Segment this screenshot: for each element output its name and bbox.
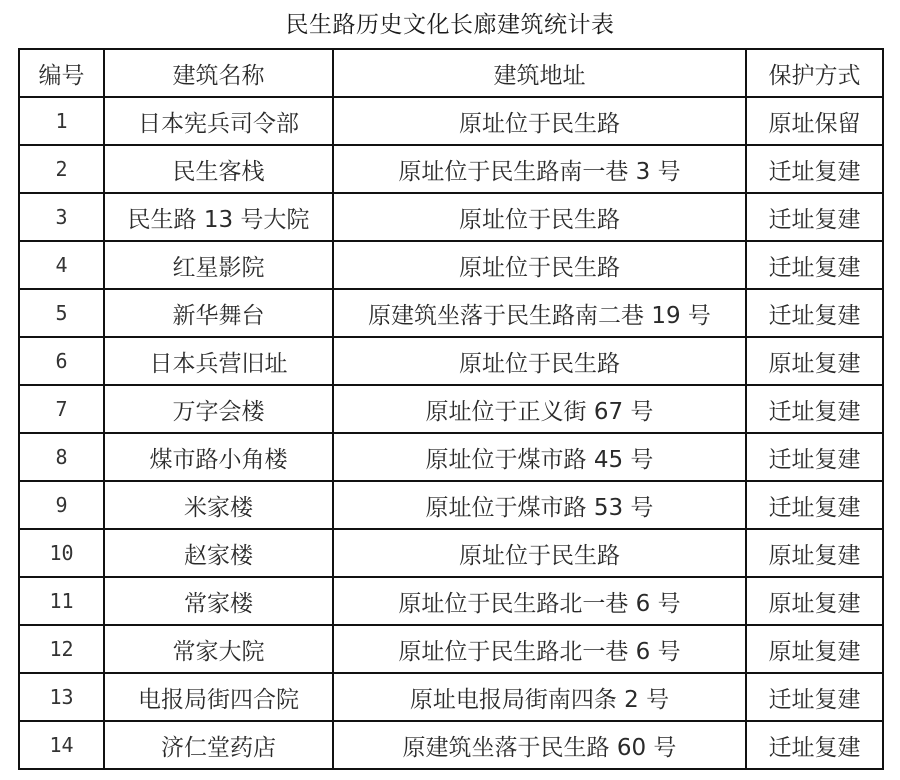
cell-building-address: 原址电报局街南四条 2 号	[333, 673, 746, 721]
cell-protection-method: 原址保留	[746, 97, 883, 145]
header-number: 编号	[19, 49, 104, 97]
cell-protection-method: 原址复建	[746, 529, 883, 577]
table-row: 12 常家大院 原址位于民生路北一巷 6 号 原址复建	[19, 625, 883, 673]
cell-number: 6	[19, 337, 104, 385]
table-row: 7 万字会楼 原址位于正义街 67 号 迁址复建	[19, 385, 883, 433]
cell-protection-method: 原址复建	[746, 625, 883, 673]
cell-building-address: 原址位于民生路	[333, 193, 746, 241]
header-protection-method: 保护方式	[746, 49, 883, 97]
cell-building-name: 煤市路小角楼	[104, 433, 333, 481]
header-row: 编号 建筑名称 建筑地址 保护方式	[19, 49, 883, 97]
table-row: 11 常家楼 原址位于民生路北一巷 6 号 原址复建	[19, 577, 883, 625]
table-row: 3 民生路 13 号大院 原址位于民生路 迁址复建	[19, 193, 883, 241]
table-row: 4 红星影院 原址位于民生路 迁址复建	[19, 241, 883, 289]
table-row: 14 济仁堂药店 原建筑坐落于民生路 60 号 迁址复建	[19, 721, 883, 769]
cell-building-name: 济仁堂药店	[104, 721, 333, 769]
cell-building-name: 常家大院	[104, 625, 333, 673]
cell-building-address: 原址位于民生路	[333, 241, 746, 289]
table-row: 8 煤市路小角楼 原址位于煤市路 45 号 迁址复建	[19, 433, 883, 481]
building-stats-table: 编号 建筑名称 建筑地址 保护方式 1 日本宪兵司令部 原址位于民生路 原址保留…	[18, 48, 884, 770]
cell-building-address: 原址位于民生路	[333, 337, 746, 385]
cell-building-address: 原址位于民生路南一巷 3 号	[333, 145, 746, 193]
cell-protection-method: 迁址复建	[746, 433, 883, 481]
cell-number: 1	[19, 97, 104, 145]
cell-protection-method: 迁址复建	[746, 145, 883, 193]
cell-building-address: 原址位于正义街 67 号	[333, 385, 746, 433]
cell-building-name: 日本兵营旧址	[104, 337, 333, 385]
cell-number: 13	[19, 673, 104, 721]
cell-number: 2	[19, 145, 104, 193]
cell-building-address: 原建筑坐落于民生路 60 号	[333, 721, 746, 769]
cell-building-address: 原址位于煤市路 53 号	[333, 481, 746, 529]
cell-building-name: 赵家楼	[104, 529, 333, 577]
cell-protection-method: 原址复建	[746, 577, 883, 625]
cell-number: 10	[19, 529, 104, 577]
cell-building-name: 常家楼	[104, 577, 333, 625]
cell-number: 5	[19, 289, 104, 337]
table-row: 13 电报局街四合院 原址电报局街南四条 2 号 迁址复建	[19, 673, 883, 721]
table-row: 5 新华舞台 原建筑坐落于民生路南二巷 19 号 迁址复建	[19, 289, 883, 337]
cell-protection-method: 迁址复建	[746, 481, 883, 529]
table-row: 2 民生客栈 原址位于民生路南一巷 3 号 迁址复建	[19, 145, 883, 193]
cell-building-name: 民生客栈	[104, 145, 333, 193]
cell-building-address: 原址位于民生路北一巷 6 号	[333, 577, 746, 625]
table-row: 1 日本宪兵司令部 原址位于民生路 原址保留	[19, 97, 883, 145]
cell-protection-method: 迁址复建	[746, 289, 883, 337]
cell-building-address: 原建筑坐落于民生路南二巷 19 号	[333, 289, 746, 337]
cell-building-address: 原址位于民生路	[333, 529, 746, 577]
cell-building-name: 民生路 13 号大院	[104, 193, 333, 241]
cell-number: 7	[19, 385, 104, 433]
cell-building-name: 米家楼	[104, 481, 333, 529]
cell-number: 3	[19, 193, 104, 241]
cell-protection-method: 迁址复建	[746, 193, 883, 241]
cell-protection-method: 迁址复建	[746, 673, 883, 721]
table-row: 10 赵家楼 原址位于民生路 原址复建	[19, 529, 883, 577]
cell-building-name: 红星影院	[104, 241, 333, 289]
cell-building-address: 原址位于煤市路 45 号	[333, 433, 746, 481]
header-building-name: 建筑名称	[104, 49, 333, 97]
cell-protection-method: 迁址复建	[746, 385, 883, 433]
cell-building-name: 新华舞台	[104, 289, 333, 337]
cell-building-name: 日本宪兵司令部	[104, 97, 333, 145]
table-title: 民生路历史文化长廊建筑统计表	[0, 8, 900, 42]
cell-number: 4	[19, 241, 104, 289]
cell-number: 14	[19, 721, 104, 769]
cell-number: 9	[19, 481, 104, 529]
cell-number: 8	[19, 433, 104, 481]
header-building-address: 建筑地址	[333, 49, 746, 97]
cell-number: 11	[19, 577, 104, 625]
cell-building-name: 万字会楼	[104, 385, 333, 433]
cell-protection-method: 迁址复建	[746, 241, 883, 289]
cell-building-address: 原址位于民生路	[333, 97, 746, 145]
cell-protection-method: 迁址复建	[746, 721, 883, 769]
cell-building-address: 原址位于民生路北一巷 6 号	[333, 625, 746, 673]
table-row: 6 日本兵营旧址 原址位于民生路 原址复建	[19, 337, 883, 385]
cell-building-name: 电报局街四合院	[104, 673, 333, 721]
table-row: 9 米家楼 原址位于煤市路 53 号 迁址复建	[19, 481, 883, 529]
cell-protection-method: 原址复建	[746, 337, 883, 385]
cell-number: 12	[19, 625, 104, 673]
